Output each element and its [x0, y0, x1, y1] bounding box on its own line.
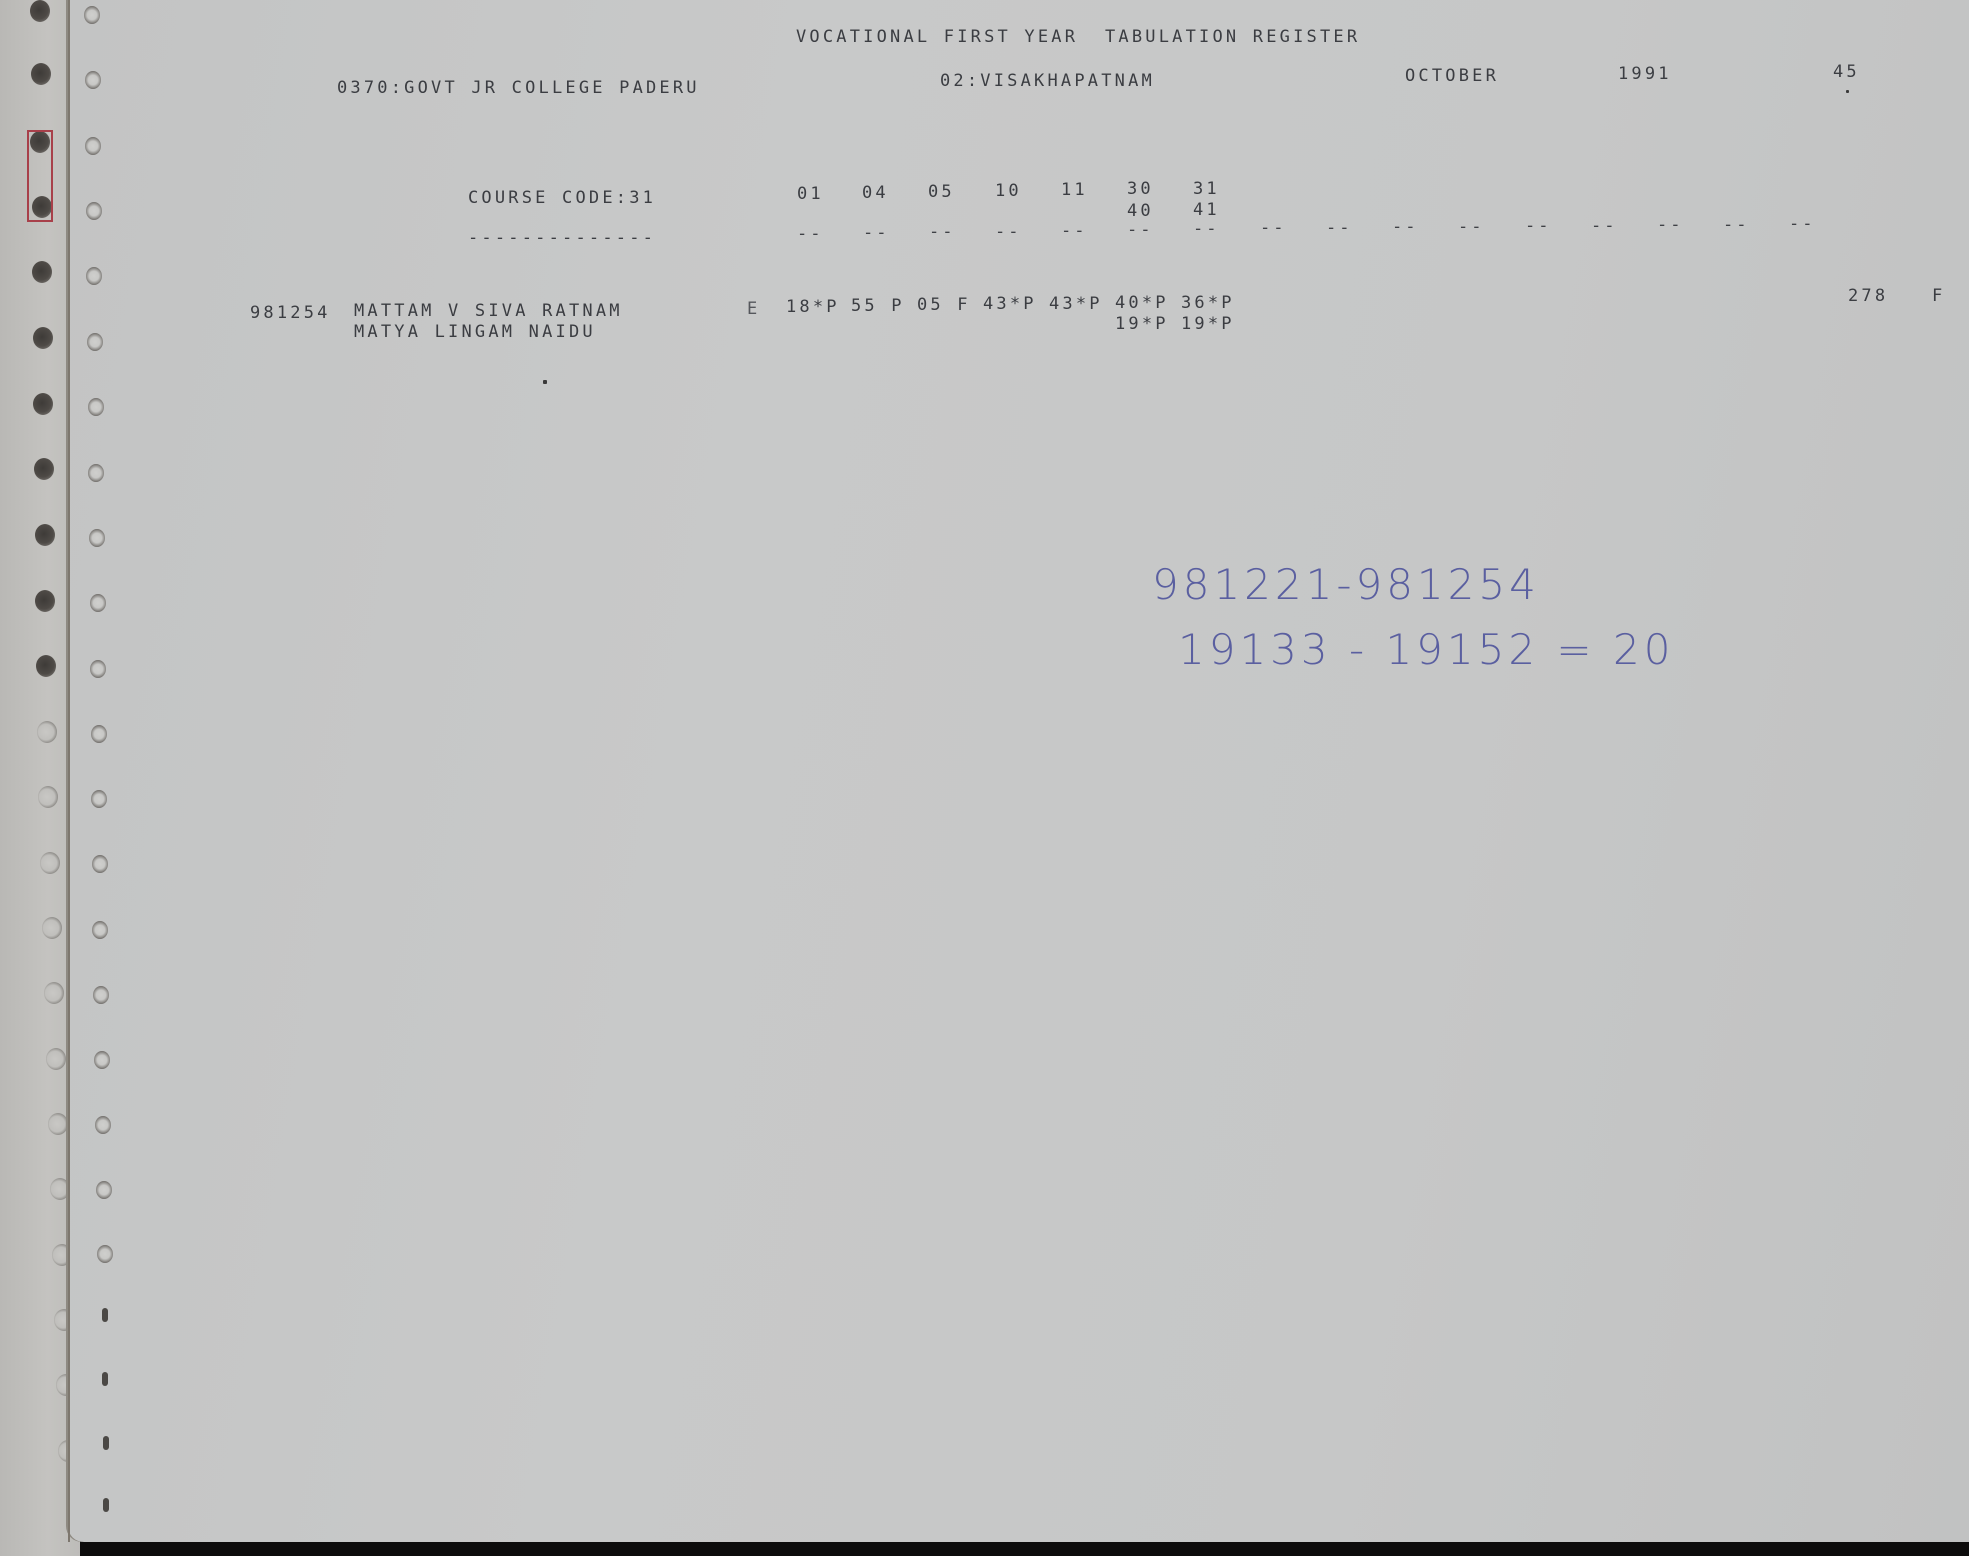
subject-mark-line2: 19*P — [1115, 314, 1169, 334]
college-name: 0370:GOVT JR COLLEGE PADERU — [337, 78, 700, 98]
column-header: 31 — [1193, 179, 1220, 199]
column-dash: -- — [1326, 218, 1352, 238]
tractor-hole — [85, 137, 101, 155]
column-header: 05 — [928, 182, 955, 202]
binding-hole — [34, 458, 54, 480]
column-dash: -- — [1127, 220, 1153, 240]
tractor-hole — [85, 71, 101, 89]
tractor-hole — [96, 1181, 112, 1199]
column-dash: -- — [1525, 216, 1551, 236]
district-name: 02:VISAKHAPATNAM — [940, 71, 1155, 91]
tractor-hole — [102, 1372, 108, 1386]
binding-hole — [44, 982, 64, 1004]
column-dash: -- — [1723, 215, 1749, 235]
binding-hole — [30, 0, 50, 22]
tractor-hole — [95, 1116, 111, 1134]
tractor-hole — [90, 660, 106, 678]
column-header: 30 — [1127, 179, 1154, 199]
subject-mark-line2: 19*P — [1181, 314, 1235, 334]
page-number: 45 — [1833, 62, 1860, 82]
column-header: 10 — [995, 181, 1022, 201]
column-dash: -- — [863, 223, 889, 243]
column-dash: -- — [1657, 215, 1683, 235]
red-marker-box — [27, 130, 53, 222]
column-dash: -- — [995, 222, 1021, 242]
tractor-hole — [86, 202, 102, 220]
tractor-hole — [93, 986, 109, 1004]
tractor-hole — [102, 1308, 108, 1322]
tractor-hole — [97, 1245, 113, 1263]
tractor-hole — [92, 855, 108, 873]
column-dash: -- — [1260, 218, 1286, 238]
binding-hole — [38, 786, 58, 808]
register-title: VOCATIONAL FIRST YEAR TABULATION REGISTE… — [796, 27, 1360, 47]
column-dash: -- — [1458, 217, 1484, 237]
tractor-hole — [92, 921, 108, 939]
tractor-hole — [103, 1436, 109, 1450]
exam-month: OCTOBER — [1405, 66, 1499, 86]
binding-hole — [48, 1113, 68, 1135]
column-header-line2: 41 — [1193, 200, 1220, 220]
column-header: 01 — [797, 184, 824, 204]
print-speck — [1846, 90, 1849, 93]
tractor-hole — [91, 725, 107, 743]
handwritten-range-hall-tickets: 981221-981254 — [1152, 560, 1540, 609]
hall-ticket-number: 981254 — [250, 303, 331, 323]
subject-mark: 55 P — [851, 296, 905, 316]
tractor-hole — [86, 267, 102, 285]
result-status: F — [1932, 286, 1945, 306]
subject-mark: 40*P — [1115, 293, 1169, 313]
exam-year: 1991 — [1618, 64, 1672, 84]
tractor-hole — [90, 594, 106, 612]
binding-hole — [32, 261, 52, 283]
tractor-hole — [94, 1051, 110, 1069]
subject-mark: 43*P — [1049, 294, 1103, 314]
tractor-hole — [103, 1498, 109, 1512]
binding-hole — [36, 655, 56, 677]
course-code-underline: -------------- — [468, 228, 656, 248]
course-code-label: COURSE CODE:31 — [468, 188, 656, 208]
student-name: MATTAM V SIVA RATNAM — [354, 301, 623, 321]
subject-mark: 43*P — [983, 294, 1037, 314]
print-speck — [543, 380, 547, 384]
tractor-hole — [88, 398, 104, 416]
column-dash: -- — [1193, 219, 1219, 239]
binding-hole — [40, 852, 60, 874]
total-marks: 278 — [1848, 286, 1888, 306]
tractor-hole — [89, 529, 105, 547]
column-dash: -- — [929, 222, 955, 242]
father-name: MATYA LINGAM NAIDU — [354, 322, 596, 342]
column-dash: -- — [1789, 214, 1815, 234]
binding-hole — [31, 63, 51, 85]
binding-hole — [33, 327, 53, 349]
binding-hole — [46, 1048, 66, 1070]
tractor-hole — [88, 464, 104, 482]
column-header-line2: 40 — [1127, 201, 1154, 221]
subject-mark: 05 F — [917, 295, 971, 315]
binding-hole — [50, 1178, 70, 1200]
subject-mark: 36*P — [1181, 293, 1235, 313]
binding-hole — [33, 393, 53, 415]
tractor-hole — [91, 790, 107, 808]
column-dash: -- — [1061, 221, 1087, 241]
subject-mark: 18*P — [786, 297, 840, 317]
column-dash: -- — [1591, 216, 1617, 236]
tractor-hole — [84, 6, 100, 24]
medium-code: E — [747, 299, 760, 319]
tractor-hole — [87, 333, 103, 351]
column-dash: -- — [1392, 217, 1418, 237]
page-fold-edge — [68, 0, 70, 1542]
binding-hole — [35, 524, 55, 546]
handwritten-range-count: 19133 - 19152 = 20 — [1178, 625, 1674, 674]
binding-hole — [35, 590, 55, 612]
column-header: 04 — [862, 183, 889, 203]
binding-hole — [42, 917, 62, 939]
binding-hole — [37, 721, 57, 743]
column-header: 11 — [1061, 180, 1088, 200]
column-dash: -- — [797, 224, 823, 244]
